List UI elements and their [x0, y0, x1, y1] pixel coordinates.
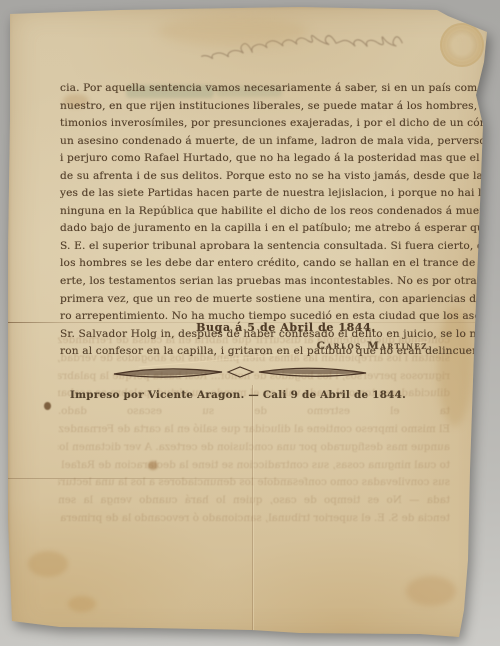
document-body-text: cia. Por aquella sentencia vamos necesar… [60, 80, 456, 361]
body-text-line: primera vez, que un reo de muerte sostie… [60, 291, 456, 309]
body-text-line: yes de las siete Partidas hacen parte de… [60, 185, 456, 203]
paper-stain [406, 576, 456, 606]
paper-stain [68, 596, 96, 612]
paper-stain [158, 16, 308, 46]
body-text-line: de su afrenta i de sus delitos. Porque e… [60, 168, 456, 186]
paper-stain [28, 551, 68, 577]
paper-sheet: contenida que contempla al discurrir que… [8, 6, 490, 640]
paper-sheet-wrapper: contenida que contempla al discurrir que… [8, 6, 490, 640]
bleedthrough-line: ta el estremo de su escaso dado. [58, 403, 450, 421]
paper-stain [148, 461, 158, 470]
body-text-line: los hombres se les debe dar entero crédi… [60, 255, 456, 273]
body-text-line: cia. Por aquella sentencia vamos necesar… [60, 80, 456, 98]
bleedthrough-line: tencia de S. E. el superior tribunal, sa… [58, 510, 450, 528]
bleedthrough-line: tada — No es tiempo de caso, quien lo ha… [58, 492, 450, 510]
body-text-line: un asesino condenado á muerte, de un inf… [60, 133, 456, 151]
embossed-seal [440, 23, 484, 67]
vertical-fold-crease [252, 385, 254, 635]
body-text-line: timonios inverosímiles, por presunciones… [60, 115, 456, 133]
body-text-line: S. E. el superior tribunal aprobara la s… [60, 238, 456, 256]
bleedthrough-line: to cual ninguna cosas, sus contradiccion… [58, 457, 450, 475]
body-text-line: nuestro, en que rijen instituciones libe… [60, 98, 456, 116]
body-text-line: erte, los testamentos serian las pruebas… [60, 273, 456, 291]
bleedthrough-line: El mismo impreso contiene al dilucidar q… [58, 421, 450, 439]
photograph-background: contenida que contempla al discurrir que… [0, 0, 500, 646]
body-text-line: i perjuro como Rafael Hurtado, que no ha… [60, 150, 456, 168]
body-text-line: dado bajo de juramento en la capilla i e… [60, 220, 456, 238]
bleedthrough-text: contenida que contempla al discurrir que… [58, 332, 450, 528]
body-text-line: ninguna en la República que habilite el … [60, 203, 456, 221]
ornamental-divider [110, 363, 370, 383]
bleedthrough-line: aunque mas desfigurado por una conclusio… [58, 439, 450, 457]
ink-fleck [44, 402, 51, 410]
signature: Carlos Martinez [60, 340, 456, 352]
dateline: Buga á 5 de Abril de 1844. [60, 321, 456, 334]
printer-imprint: Impreso por Vicente Aragon. — Cali 9 de … [48, 389, 428, 401]
